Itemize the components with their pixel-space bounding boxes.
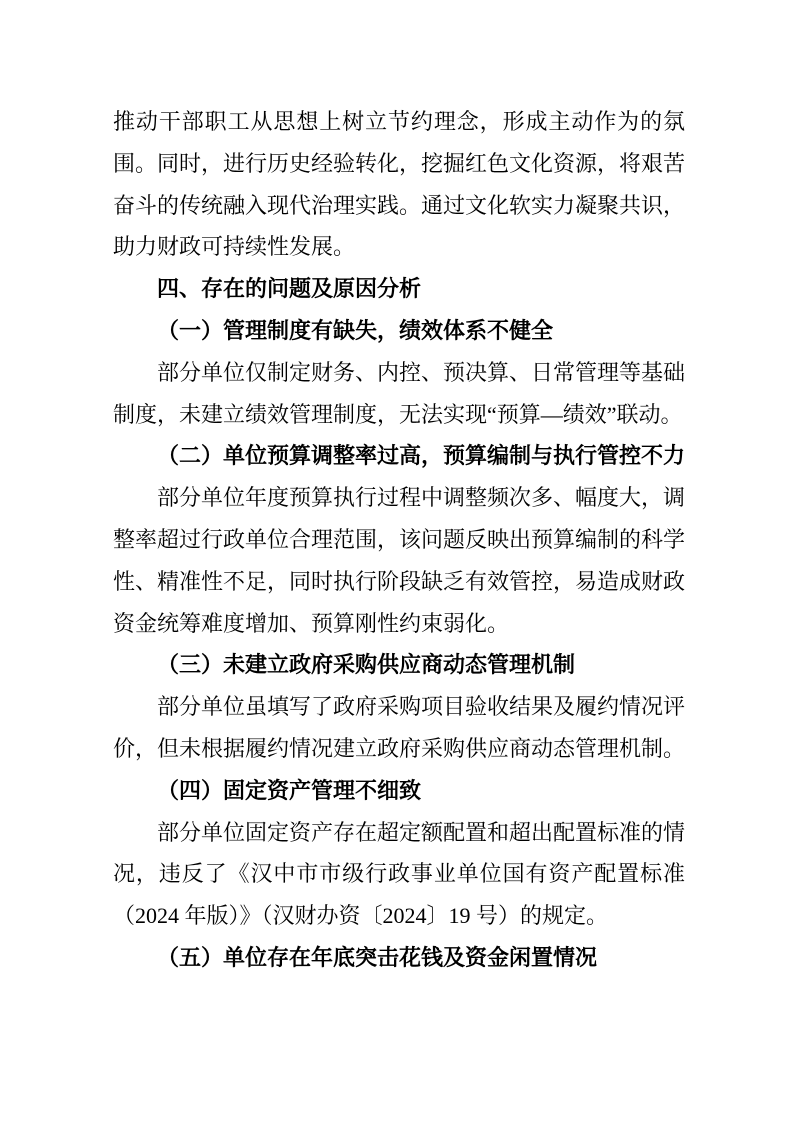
subsection-2-heading: （二）单位预算调整率过高，预算编制与执行管控不力 [113, 435, 685, 477]
subsection-3-body: 部分单位虽填写了政府采购项目验收结果及履约情况评价，但未根据履约情况建立政府采购… [113, 686, 685, 770]
subsection-1-body: 部分单位仅制定财务、内控、预决算、日常管理等基础制度，未建立绩效管理制度，无法实… [113, 352, 685, 436]
intro-paragraph: 推动干部职工从思想上树立节约理念，形成主动作为的氛围。同时，进行历史经验转化，挖… [113, 101, 685, 268]
subsection-1-heading: （一）管理制度有缺失，绩效体系不健全 [113, 310, 685, 352]
document-page: 推动干部职工从思想上树立节约理念，形成主动作为的氛围。同时，进行历史经验转化，挖… [0, 0, 793, 1122]
document-content: 推动干部职工从思想上树立节约理念，形成主动作为的氛围。同时，进行历史经验转化，挖… [113, 0, 685, 979]
subsection-3-heading: （三）未建立政府采购供应商动态管理机制 [113, 644, 685, 686]
subsection-4-heading: （四）固定资产管理不细致 [113, 770, 685, 812]
subsection-5-heading: （五）单位存在年底突击花钱及资金闲置情况 [113, 937, 685, 979]
section-heading: 四、存在的问题及原因分析 [113, 268, 685, 310]
subsection-2-body: 部分单位年度预算执行过程中调整频次多、幅度大，调整率超过行政单位合理范围，该问题… [113, 477, 685, 644]
subsection-4-body: 部分单位固定资产存在超定额配置和超出配置标准的情况，违反了《汉中市市级行政事业单… [113, 812, 685, 937]
